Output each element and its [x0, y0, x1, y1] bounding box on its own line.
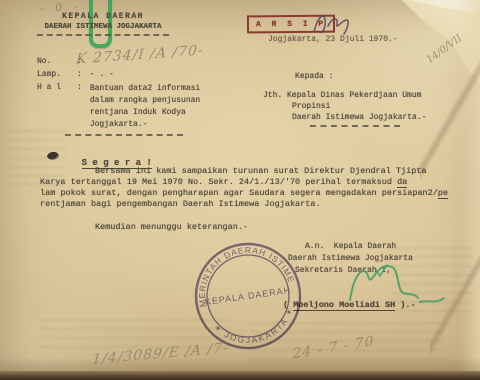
lamp-colon: : [77, 70, 82, 79]
body-line2-hyphen-carry: da [397, 177, 407, 188]
hal-line: dalam rangka penjusunan [90, 95, 200, 107]
body-paragraph: Bersama ini kami sampaikan turunan surat… [40, 166, 470, 232]
recipient-line3: Daerah Istimewa Jogjakarta.- [292, 113, 426, 122]
official-round-stamp: PEMERINTAH DAERAH ISTIMEWA ✶ JOGJAKARTA … [192, 240, 304, 352]
letterhead: KEPALA DAERAH DAERAH ISTIMEWA JOGJAKARTA [28, 12, 178, 36]
lamp-value: - . - [90, 70, 114, 79]
stamp-center-text: KEPALA DAERAH [204, 285, 291, 307]
signature-stroke [340, 256, 470, 308]
hal-rule [65, 134, 183, 136]
hal-label: H a l [37, 83, 77, 131]
scan-edge-band [0, 371, 480, 380]
body-line1: Bersama ini kami sampaikan turunan surat… [95, 166, 470, 177]
no-label: No. [37, 57, 77, 66]
hal-colon: : [77, 83, 82, 131]
body-line2-text: Karya tertanggal 19 Mei 1970 No. Sekr. 2… [40, 177, 397, 187]
body-line4: rentjaman bagi pengembangan Daerah Istim… [40, 199, 470, 210]
body-line3-text: lam pokok surat, dengan pengharapan agar… [40, 188, 438, 198]
recipient-line1: Jth. Kepala Dinas Pekerdjaan Umum [263, 91, 426, 100]
kepada-label: Kepada : [295, 72, 426, 81]
letterhead-line1: KEPALA DAERAH [28, 12, 178, 21]
recipient-block: Kepada : Jth. Kepala Dinas Pekerdjaan Um… [263, 72, 426, 127]
letterhead-line2: DAERAH ISTIMEWA JOGJAKARTA [28, 23, 178, 31]
scanned-letter-page: - 0 - KEPALA DAERAH DAERAH ISTIMEWA JOGJ… [0, 0, 480, 380]
body-line3-hyphen-carry: pe [438, 188, 448, 199]
recipient-line2: Propinsi [292, 102, 426, 111]
hal-line: Bantuan data2 informasi [90, 83, 200, 95]
paper-crease [420, 60, 480, 180]
recipient-rule [310, 125, 400, 127]
signature-line1: A.n. Kepala Daerah [305, 242, 413, 251]
dateline: Jogjakarta, 23 Djuli 1970.- [268, 35, 398, 44]
hal-line: Jogjakarta.- [90, 119, 200, 131]
meta-block: No. : Lamp. : - . - H a l : Bantuan data… [37, 57, 237, 136]
hal-line: rentjana Induk Kodya [90, 107, 200, 119]
body-line2: Karya tertanggal 19 Mei 1970 No. Sekr. 2… [40, 177, 470, 188]
closing-line: Kemudian menunggu keterangan.- [95, 222, 470, 232]
hal-lines: Bantuan data2 informasi dalam rangka pen… [90, 83, 200, 131]
body-line3: lam pokok surat, dengan pengharapan agar… [40, 188, 470, 199]
letterhead-rule [37, 34, 169, 36]
lamp-label: Lamp. [37, 70, 77, 79]
